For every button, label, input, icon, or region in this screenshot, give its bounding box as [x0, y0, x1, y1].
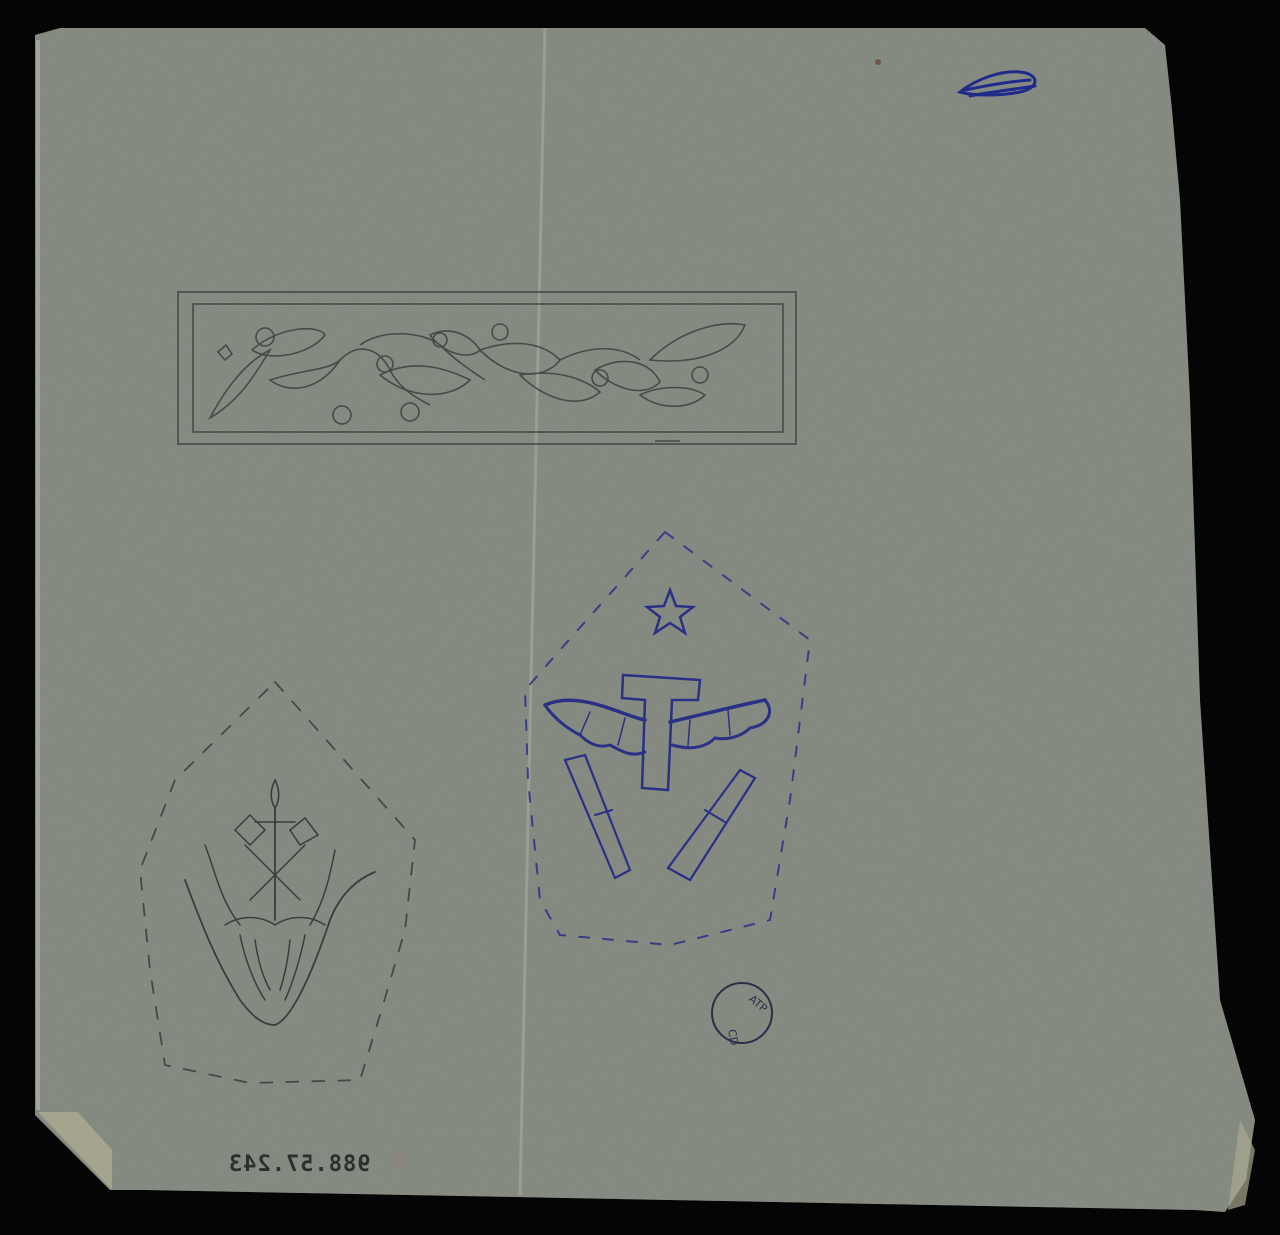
- scan-canvas: ATP CD: [0, 0, 1280, 1235]
- red-mark: [395, 1152, 409, 1170]
- inventory-number: 988.57.243: [228, 1152, 370, 1177]
- svg-text:CD: CD: [725, 1028, 741, 1046]
- paper-sheet: [35, 28, 1255, 1212]
- paper-spot: [875, 59, 881, 65]
